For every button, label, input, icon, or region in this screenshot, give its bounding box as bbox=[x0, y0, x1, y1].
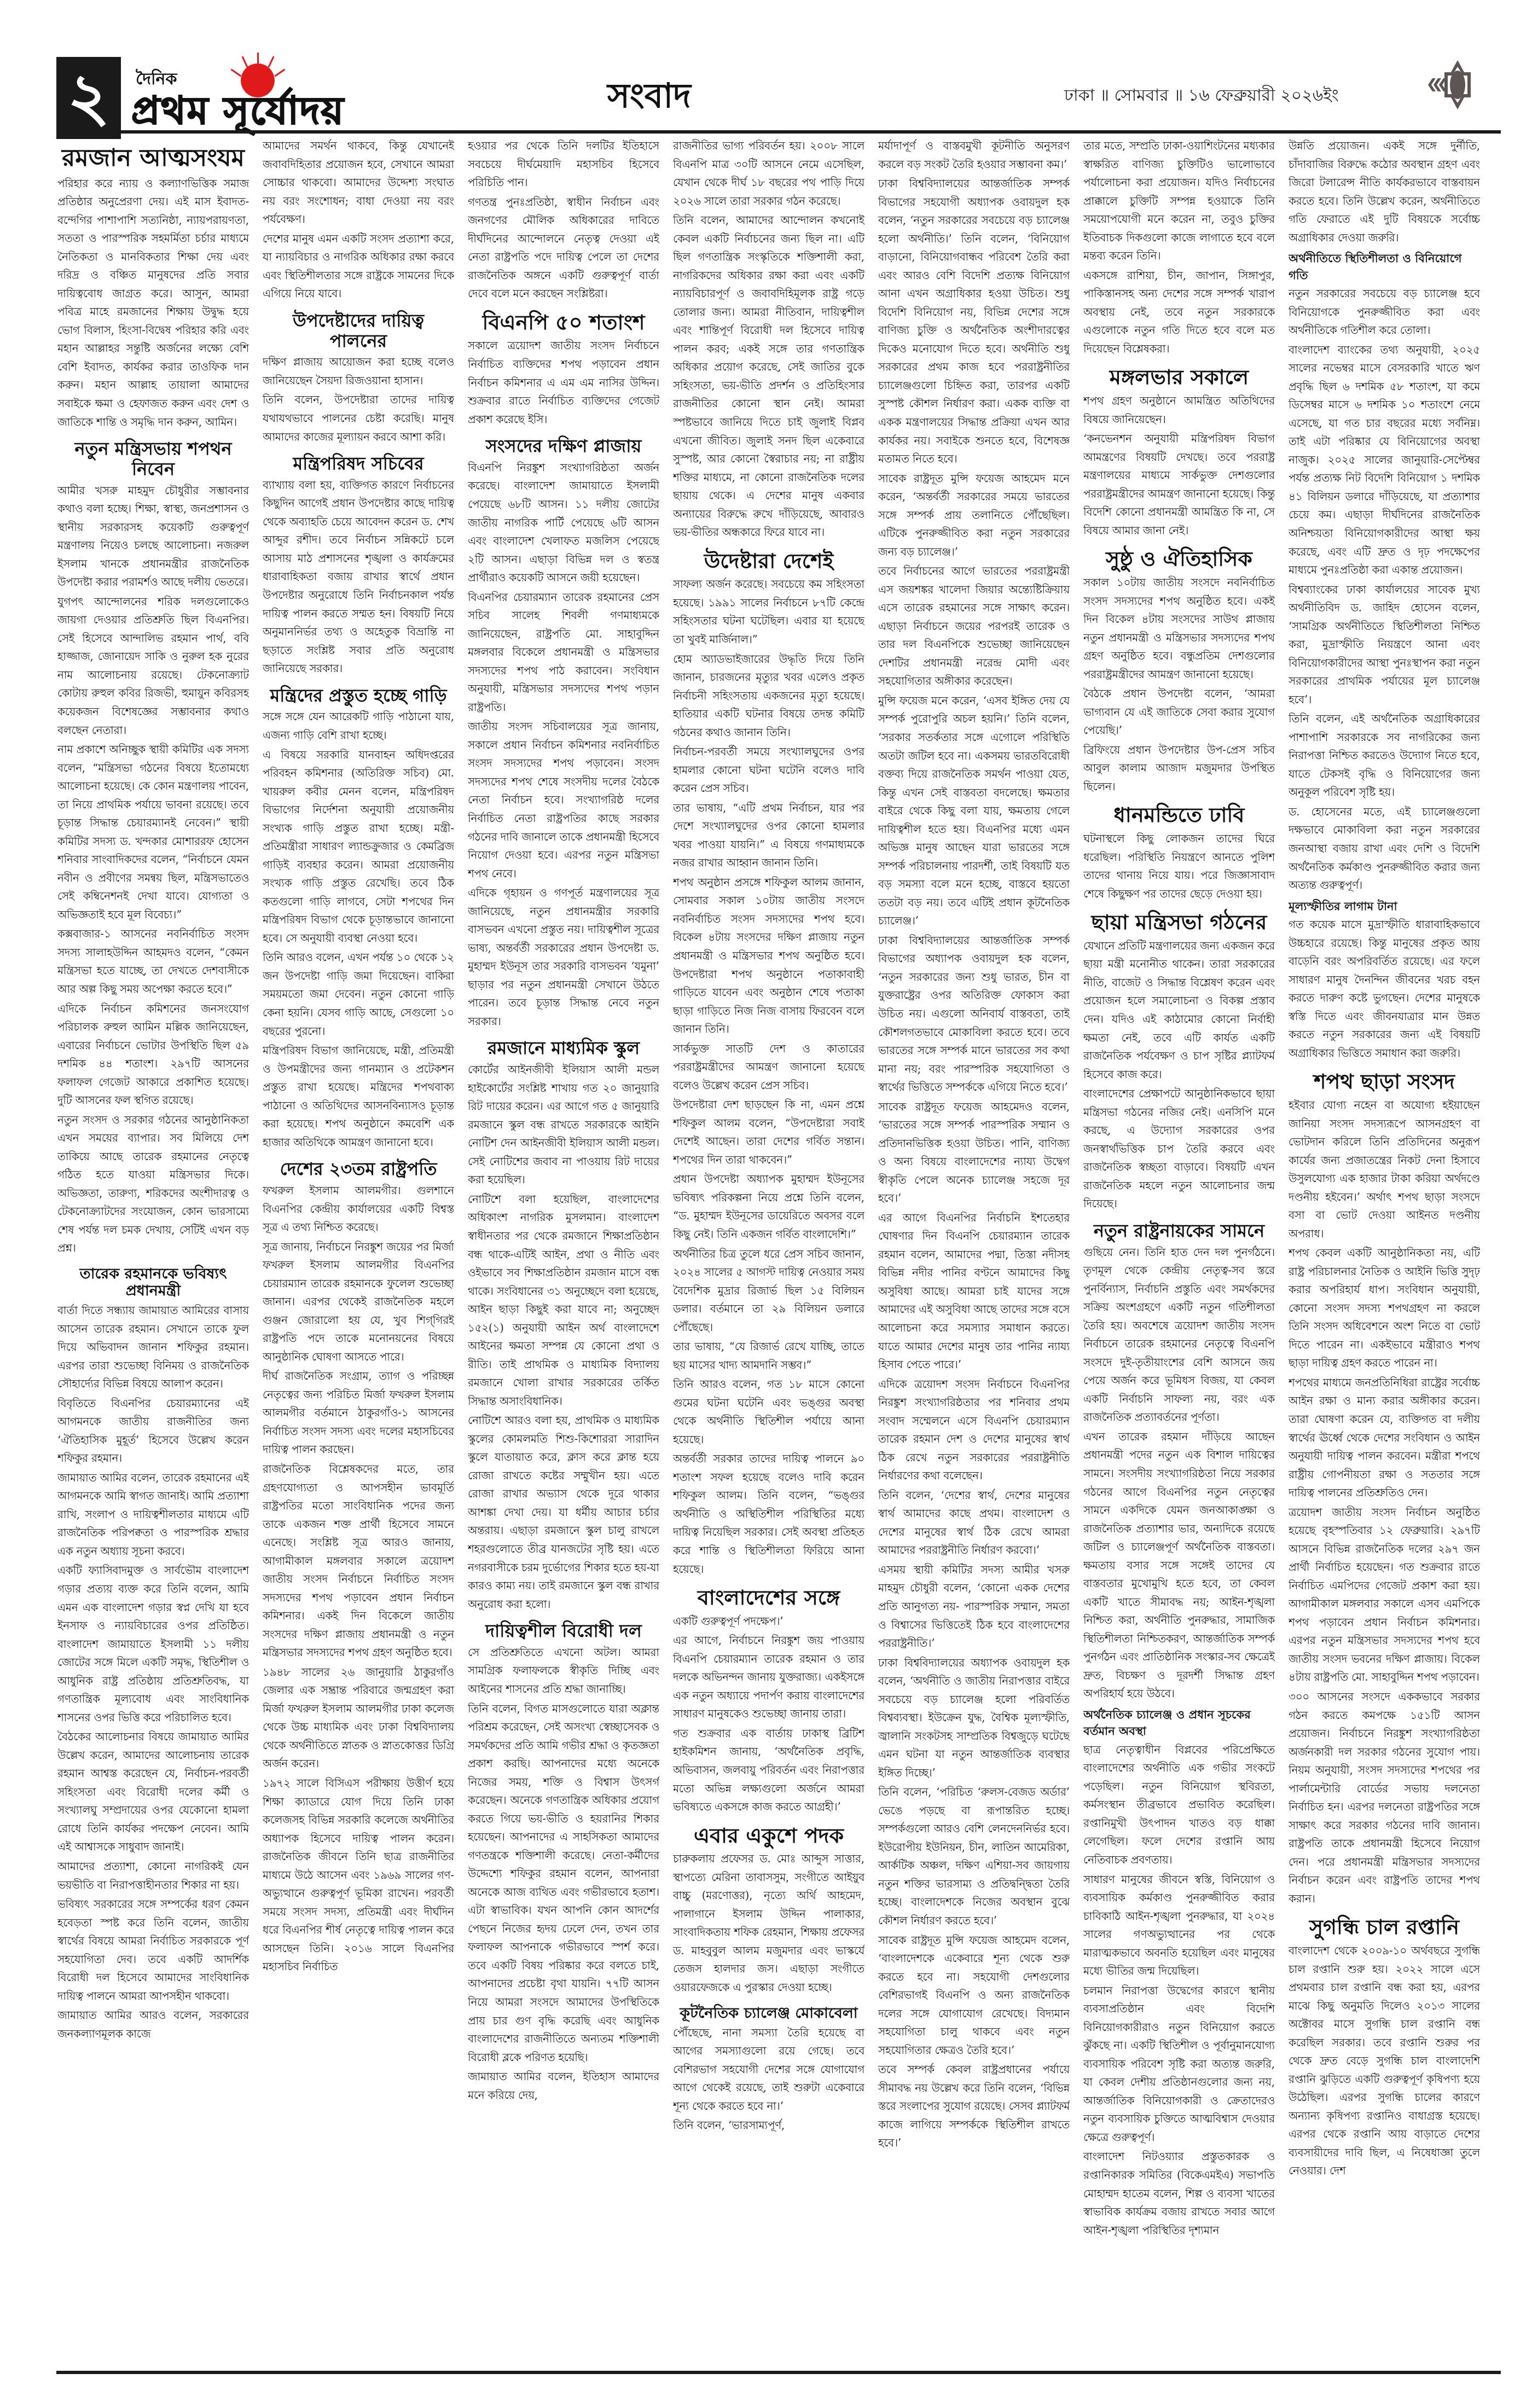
article-headline: রমজান আত্মসংযম bbox=[57, 144, 249, 172]
article-paragraph: নতুন সরকারের সবচেয়ে বড় চ্যালেঞ্জ হবে ব… bbox=[1289, 285, 1480, 340]
article-paragraph: দীর্ঘ রাজনৈতিক সংগ্রাম, ত্যাগ ও পরিচ্ছন্… bbox=[263, 1367, 454, 1459]
article-paragraph: এদিকে ত্রয়োদশ সংসদ নির্বাচনে বিএনপির নি… bbox=[878, 1375, 1070, 1485]
article-headline: নতুন রাষ্ট্রনায়কের সামনে bbox=[1083, 1221, 1275, 1241]
sun-ray bbox=[241, 56, 248, 67]
article-paragraph: তিনি বলেন, ‘ভারসাম্যপূর্ণ, bbox=[673, 2116, 864, 2135]
article-paragraph: রাজনীতির ভাগ্য পরিবর্তন হয়। ২০০৮ সালে ব… bbox=[673, 137, 864, 210]
dateline: ঢাকা ॥ সোমবার ॥ ১৬ ফেব্রুয়ারী ২০২৬ইং bbox=[1064, 82, 1339, 110]
article-paragraph: তিনি বলেন, বিগত মাসগুলোতে যারা অক্লান্ত … bbox=[468, 1700, 659, 2067]
article-headline: উদেষ্টারা দেশেই bbox=[673, 549, 864, 574]
article-paragraph: যুগপৎ আন্দোলনের শরিক দলগুলোকেও জায়গা দে… bbox=[57, 593, 249, 739]
article-paragraph: সূত্র জানায়, নির্বাচনে নিরঙ্কুশ জয়ের প… bbox=[263, 1238, 454, 1367]
news-article: হওয়ার পর থেকে তিনি দলটির ইতিহাসে সবচেয়… bbox=[468, 137, 659, 303]
article-paragraph: সকালে ত্রয়োদশ জাতীয় সংসদ নির্বাচনে নির… bbox=[468, 337, 659, 429]
article-paragraph: উন্নতি প্রয়োজন। একই সঙ্গে দুর্নীতি, চাঁ… bbox=[1289, 137, 1480, 247]
article-paragraph: বাংলাদেশ ব্যাংকের তথ্য অনুযায়ী, ২০২৫ সা… bbox=[1289, 341, 1480, 580]
article-paragraph: একটি গুরুত্বপূর্ণ পদক্ষেপ।’ bbox=[673, 1612, 864, 1631]
news-article: ধানমন্ডিতে ঢাবিঘটনাস্থলে কিছু লোকজন তাদে… bbox=[1083, 803, 1275, 903]
article-paragraph: মন্ত্রিপরিষদ বিভাগ জানিয়েছে, মন্ত্রী, প… bbox=[263, 1041, 454, 1151]
article-paragraph: শপথের মাধ্যমে জনপ্রতিনিধিরা রাষ্ট্রের সর… bbox=[1289, 1374, 1480, 1502]
article-paragraph: ঢাকা বিশ্ববিদ্যালয়ের আন্তর্জাতিক সম্পর্… bbox=[878, 175, 1070, 468]
section-title: সংবাদ bbox=[607, 70, 691, 126]
article-headline: তারেক রহমানকে ভবিষ্যৎ প্রধানমন্ত্রী bbox=[57, 1265, 249, 1299]
article-headline: উপদেষ্টাদের দায়িত্ব পালনের bbox=[263, 311, 454, 351]
article-paragraph: এর আগে, নির্বাচনে নিরঙ্কুশ জয় পাওয়ায় … bbox=[673, 1631, 864, 1723]
news-article: মর্যাদাপূর্ণ ও বাস্তবমুখী কূটনীতি অনুসরণ… bbox=[878, 137, 1070, 2152]
article-paragraph: ড. হোসেনের মতে, এই চ্যালেঞ্জগুলো দক্ষভাব… bbox=[1289, 803, 1480, 895]
article-body: একটি গুরুত্বপূর্ণ পদক্ষেপ।’এর আগে, নির্ব… bbox=[673, 1612, 864, 1816]
news-article: দায়িত্বশীল বিরোধী দলসে প্রতিশ্রুতিতে এখ… bbox=[468, 1621, 659, 2104]
news-article: অর্থনৈতিক চ্যালেঞ্জ ও প্রধান সূচকের বর্ত… bbox=[1083, 1706, 1275, 2239]
news-article: এবার একুশে পদকচারুকলায় প্রফেসর ড. মোঃ আ… bbox=[673, 1824, 864, 1997]
article-paragraph: অন্তর্বর্তী সরকার তাদের দায়িত্ব পালনে ৯… bbox=[673, 1450, 864, 1578]
article-headline: ছায়া মন্ত্রিসভা গঠনের bbox=[1083, 911, 1275, 935]
news-article: আমাদের সমর্থন থাকবে, কিন্তু যেখানেই জবাব… bbox=[263, 137, 454, 303]
article-paragraph: ‘কনভেনশন অনুযায়ী মন্ত্রিপরিষদ বিভাগ আমন… bbox=[1083, 430, 1275, 540]
news-article: মন্ত্রিদের প্রস্তুত হচ্ছে গাড়িসঙ্গে সঙ্… bbox=[263, 686, 454, 1152]
article-paragraph: গুছিয়ে নেন। তিনি হাত দেন দল পুনর্গঠনে। … bbox=[1083, 1243, 1275, 1427]
article-paragraph: দেশের মানুষ এমন একটি সংসদ প্রত্যাশা করে,… bbox=[263, 230, 454, 303]
article-paragraph: আমাদের প্রত্যাশা, কোনো নাগরিকই যেন ভয়ভী… bbox=[57, 1857, 249, 1894]
article-paragraph: তবে নির্বাচনের আগে ভারতের পররাষ্ট্রমন্ত্… bbox=[878, 562, 1070, 691]
article-headline: মন্ত্রিদের প্রস্তুত হচ্ছে গাড়ি bbox=[263, 686, 454, 706]
article-paragraph: তার মতে, সম্প্রতি ঢাকা-ওয়াশিংটনের মধ্যক… bbox=[1083, 137, 1275, 265]
article-paragraph: তিনি আরও বলেন, গত ১৮ মাসে কোনো গুমের ঘটন… bbox=[673, 1375, 864, 1449]
article-headline: মন্ত্রিপরিষদ সচিবের bbox=[263, 454, 454, 474]
article-paragraph: এর আগে বিএনপির নির্বাচনি ইশতেহার ঘোষণার … bbox=[878, 1209, 1070, 1374]
article-paragraph: তার ভাষায়, “এটি প্রথম নির্বাচন, যার পর … bbox=[673, 799, 864, 872]
sun-ray bbox=[231, 68, 242, 77]
article-paragraph: বাংলাদেশ থেকে ২০০৯-১০ অর্থবছরে সুগন্ধি চ… bbox=[1289, 1942, 1480, 2180]
article-paragraph: কোর্টের আইনজীবী ইলিয়াস আলী মন্ডল হাইকোর… bbox=[468, 1061, 659, 1189]
article-paragraph: ৩০০ আসনের সংসদে এককভাবে সরকার গঠন করতে ক… bbox=[1289, 1688, 1480, 1908]
article-body: সে প্রতিশ্রুতিতে এখনো অটল। আমরা সামগ্রিক… bbox=[468, 1643, 659, 2104]
news-article: নতুন মন্ত্রিসভায় শপথন নিবেনআমীর খসরু মা… bbox=[57, 439, 249, 1258]
article-headline: এবার একুশে পদক bbox=[673, 1824, 864, 1848]
article-paragraph: তিনি বলেন, ‘পরিচিত ‘রুলস-বেজড অর্ডার’ ভে… bbox=[878, 1783, 1070, 1930]
article-paragraph: বিএনপি নিরঙ্কুশ সংখ্যাগরিষ্ঠতা অর্জন করে… bbox=[468, 459, 659, 587]
article-paragraph: নাম প্রকাশে অনিচ্ছুক স্থায়ী কমিটির এক স… bbox=[57, 740, 249, 924]
sun-ray bbox=[257, 53, 259, 65]
article-paragraph: দক্ষিণ প্লাজায় আয়োজন করা হচ্ছে বলেও জা… bbox=[263, 353, 454, 390]
article-paragraph: ১৯৪৮ সালের ২৬ জানুয়ারি ঠাকুরগাঁও জেলার … bbox=[263, 1663, 454, 1773]
article-headline: দেশের ২৩তম রাষ্ট্রপতি bbox=[263, 1159, 454, 1179]
article-paragraph: সকাল ১০টায় জাতীয় সংসদে নবনির্বাচিত সংস… bbox=[1083, 574, 1275, 684]
article-paragraph: তবে সম্পর্ক কেবল রাষ্ট্রপ্রধানের পর্যায়… bbox=[878, 2060, 1070, 2152]
article-paragraph: ফখরুল ইসলাম আলমগীর। গুলশানে বিএনপির কেন্… bbox=[263, 1182, 454, 1237]
article-paragraph: আমীর খসরু মাহমুদ চৌধুরীর সম্ভাবনার কথাও … bbox=[57, 482, 249, 592]
article-body: বার্তা দিতে সন্ধ্যায় জামায়াত আমিরের বা… bbox=[57, 1301, 249, 2043]
article-body: সকালে ত্রয়োদশ জাতীয় সংসদ নির্বাচনে নির… bbox=[468, 337, 659, 429]
masthead: ২ দৈনিক প্রথম সূর্যোদয় সংবাদ ঢাকা ॥ সোম… bbox=[0, 0, 1532, 109]
article-paragraph: শপথ অনুষ্ঠান প্রসঙ্গে শফিকুল আলম জানান, … bbox=[673, 873, 864, 1039]
article-headline: কূটনৈতিক চ্যালেঞ্জ মোকাবেলা bbox=[673, 2005, 864, 2022]
article-body: যেখানে প্রতিটি মন্ত্রণালয়ের জন্য একজন ক… bbox=[1083, 937, 1275, 1213]
article-paragraph: নোটিশে আরও বলা হয়, প্রাথমিক ও মাধ্যমিক … bbox=[468, 1411, 659, 1613]
article-paragraph: তিনি বলেন, এই অর্থনৈতিক অগ্রাধিকারের পাশ… bbox=[1289, 710, 1480, 802]
article-paragraph: ব্যাখ্যায় বলা হয়, ব্যক্তিগত কারণে নির্… bbox=[263, 476, 454, 678]
news-article: নতুন রাষ্ট্রনায়কের সামনেগুছিয়ে নেন। তি… bbox=[1083, 1221, 1275, 1703]
article-paragraph: মুন্সি ফয়েজ মনে করেন, ‘এসব ইঙ্গিত দেয় … bbox=[878, 692, 1070, 930]
article-headline: শপথ ছাড়া সংসদ bbox=[1289, 1070, 1480, 1094]
article-paragraph: উপদেষ্টারা দেশ ছাড়ছেন কি না, এমন প্রশ্ন… bbox=[673, 1096, 864, 1169]
article-paragraph: পৌঁছেছে, নানা সমস্যা তৈরি হয়েছে বা আগের… bbox=[673, 2024, 864, 2116]
sun-ray bbox=[275, 68, 286, 77]
article-body: মর্যাদাপূর্ণ ও বাস্তবমুখী কূটনীতি অনুসরণ… bbox=[878, 137, 1070, 2152]
news-article: সুষ্ঠু ও ঐতিহাসিকসকাল ১০টায় জাতীয় সংসদ… bbox=[1083, 547, 1275, 796]
article-body: কোর্টের আইনজীবী ইলিয়াস আলী মন্ডল হাইকোর… bbox=[468, 1061, 659, 1613]
article-paragraph: মর্যাদাপূর্ণ ও বাস্তবমুখী কূটনীতি অনুসরণ… bbox=[878, 137, 1070, 173]
article-body: নতুন সরকারের সবচেয়ে বড় চ্যালেঞ্জ হবে ব… bbox=[1289, 285, 1480, 895]
sun-ray bbox=[268, 56, 274, 67]
article-paragraph: এদিকে গৃহায়ন ও গণপূর্ত মন্ত্রণালয়ের সূ… bbox=[468, 884, 659, 1031]
article-paragraph: তিনি বলেন, আমাদের আন্দোলন কখনোই কেবল একট… bbox=[673, 211, 864, 542]
article-body: সাফল্য অর্জন করেছে। সবচেয়ে কম সহিংসতা হ… bbox=[673, 575, 864, 1578]
article-paragraph: একটি ফ্যাসিবাদমুক্ত ও সার্বভৌম বাংলাদেশ … bbox=[57, 1561, 249, 1727]
page-number: ২ bbox=[56, 57, 121, 139]
news-article: বিএনপি ৫০ শতাংশসকালে ত্রয়োদশ জাতীয় সংস… bbox=[468, 311, 659, 429]
article-paragraph: এখন তারেক রহমান দাঁড়িয়ে আছেন প্রধানমন্… bbox=[1083, 1428, 1275, 1703]
header-rule bbox=[56, 130, 1501, 134]
article-paragraph: চলমান নিরাপত্তা উদ্বেগের কারণে স্থানীয় … bbox=[1083, 1982, 1275, 2147]
article-paragraph: তিনি আরও বলেন, এখন পর্যন্ত ১০ থেকে ১২ জন… bbox=[263, 948, 454, 1040]
news-article: তার মতে, সম্প্রতি ঢাকা-ওয়াশিংটনের মধ্যক… bbox=[1083, 137, 1275, 358]
article-paragraph: সঙ্গে সঙ্গে যেন আরেকটি গাড়ি পাঠানো যায়… bbox=[263, 708, 454, 744]
news-article: দেশের ২৩তম রাষ্ট্রপতিফখরুল ইসলাম আলমগীর।… bbox=[263, 1159, 454, 1976]
article-paragraph: ঢাকা বিশ্ববিদ্যালয়ের অধ্যাপক ওবায়দুল হ… bbox=[878, 1654, 1070, 1782]
newspaper-logo: দৈনিক প্রথম সূর্যোদয় bbox=[131, 59, 427, 141]
article-body: হইবার যোগ্য নহেন বা অযোগ্য হইয়াছেন জানি… bbox=[1289, 1096, 1480, 1908]
article-paragraph: এ বিষয়ে সরকারি যানবাহন অধিদপ্তরের পরিবহ… bbox=[263, 746, 454, 948]
article-paragraph: জামায়াত আমির আরও বলেন, সরকারের জনকল্যাণ… bbox=[57, 2006, 249, 2043]
article-body: উন্নতি প্রয়োজন। একই সঙ্গে দুর্নীতি, চাঁ… bbox=[1289, 137, 1480, 247]
article-body: বাংলাদেশ থেকে ২০০৯-১০ অর্থবছরে সুগন্ধি চ… bbox=[1289, 1942, 1480, 2180]
brand-name: প্রথম সূর্যোদয় bbox=[131, 81, 345, 145]
article-paragraph: তার ভাষায়, “যে রিজার্ভ রেখে যাচ্ছি, তাত… bbox=[673, 1338, 864, 1374]
article-paragraph: ত্রয়োদশ জাতীয় সংসদ নির্বাচন অনুষ্ঠিত হ… bbox=[1289, 1503, 1480, 1687]
news-article: সংসদের দক্ষিণ প্লাজায়বিএনপি নিরঙ্কুশ সং… bbox=[468, 436, 659, 1031]
article-headline: মঙ্গলভার সকালে bbox=[1083, 366, 1275, 390]
article-headline: রমজানে মাধ্যমিক স্কুল bbox=[468, 1038, 659, 1058]
news-article: মন্ত্রিপরিষদ সচিবেরব্যাখ্যায় বলা হয়, ব… bbox=[263, 454, 454, 678]
news-article: উন্নতি প্রয়োজন। একই সঙ্গে দুর্নীতি, চাঁ… bbox=[1289, 137, 1480, 247]
article-subheading: অর্থনীতিতে স্থিতিশীলতা ও বিনিয়োগে গতি bbox=[1289, 250, 1480, 283]
article-paragraph: ঘটনাস্থলে কিছু লোকজন তাদের ঘিরে ধরেছিল। … bbox=[1083, 830, 1275, 903]
article-paragraph: সাধারণ মানুষের জীবনে স্বস্তি, বিনিয়োগ ও… bbox=[1083, 1871, 1275, 1981]
article-headline: সুগন্ধি চাল রপ্তানি bbox=[1289, 1915, 1480, 1940]
article-headline: নতুন মন্ত্রিসভায় শপথন নিবেন bbox=[57, 439, 249, 479]
news-article: তারেক রহমানকে ভবিষ্যৎ প্রধানমন্ত্রীবার্ত… bbox=[57, 1265, 249, 2043]
article-body: আমাদের সমর্থন থাকবে, কিন্তু যেখানেই জবাব… bbox=[263, 137, 454, 303]
article-paragraph: রাজনৈতিক বিশ্লেষকদের মতে, তার গ্রহণযোগ্য… bbox=[263, 1460, 454, 1662]
news-article: মূল্যস্ফীতির লাগাম টানাগত কয়েক মাসে মুদ… bbox=[1289, 898, 1480, 1063]
article-paragraph: তিনি বলেন, উপদেষ্টারা তাদের দায়িত্ব যথা… bbox=[263, 391, 454, 446]
news-article: উদেষ্টারা দেশেইসাফল্য অর্জন করেছে। সবচেয… bbox=[673, 549, 864, 1578]
article-body: সঙ্গে সঙ্গে যেন আরেকটি গাড়ি পাঠানো যায়… bbox=[263, 708, 454, 1151]
article-body: শপথ গ্রহণ অনুষ্ঠানে আমন্ত্রিত অতিথিদের ব… bbox=[1083, 392, 1275, 540]
article-headline: সংসদের দক্ষিণ প্লাজায় bbox=[468, 436, 659, 456]
article-paragraph: নির্বাচন-পরবর্তী সময়ে সংখ্যালঘুদের ওপর … bbox=[673, 743, 864, 798]
article-headline: বিএনপি ৫০ শতাংশ bbox=[468, 311, 659, 335]
column-4: রাজনীতির ভাগ্য পরিবর্তন হয়। ২০০৮ সালে ব… bbox=[673, 137, 864, 2367]
article-paragraph: সাবেক রাষ্ট্রদূত মুন্সি ফয়েজ আহমেদ বলেন… bbox=[878, 1931, 1070, 2060]
news-article: উপদেষ্টাদের দায়িত্ব পালনেরদক্ষিণ প্লাজা… bbox=[263, 311, 454, 446]
article-body: ঘটনাস্থলে কিছু লোকজন তাদের ঘিরে ধরেছিল। … bbox=[1083, 830, 1275, 903]
news-article: রমজানে মাধ্যমিক স্কুলকোর্টের আইনজীবী ইলি… bbox=[468, 1038, 659, 1613]
article-paragraph: সাফল্য অর্জন করেছে। সবচেয়ে কম সহিংসতা হ… bbox=[673, 575, 864, 649]
article-subheading: মূল্যস্ফীতির লাগাম টানা bbox=[1289, 898, 1480, 914]
article-body: পরিহার করে ন্যায় ও কল্যাণভিত্তিক সমাজ প… bbox=[57, 175, 249, 431]
article-paragraph: জামায়াত আমির বলেন, ইতিহাস আমাদের মনে কর… bbox=[468, 2068, 659, 2104]
article-paragraph: তিনি বলেন, ‘দেশের স্বার্থ, দেশের মানুষের… bbox=[878, 1486, 1070, 1560]
article-body: হওয়ার পর থেকে তিনি দলটির ইতিহাসে সবচেয়… bbox=[468, 137, 659, 303]
news-article: ছায়া মন্ত্রিসভা গঠনেরযেখানে প্রতিটি মন্… bbox=[1083, 911, 1275, 1213]
article-paragraph: জাতীয় সংসদ সচিবালয়ের সূত্র জানায়, সকা… bbox=[468, 717, 659, 883]
article-paragraph: এদিকে নির্বাচন কমিশনের জনসংযোগ পরিচালক র… bbox=[57, 1000, 249, 1110]
article-paragraph: সাবেক রাষ্ট্রদূত ফয়েজ আহমেদও বলেন, ‘ভার… bbox=[878, 1098, 1070, 1208]
article-paragraph: বিএনপির চেয়ারম্যান তারেক রহমানের প্রেস … bbox=[468, 588, 659, 717]
article-paragraph: ছাত্র নেতৃত্বাধীন বিপ্লবের পরিপ্রেক্ষিতে… bbox=[1083, 1741, 1275, 1869]
article-body: ছাত্র নেতৃত্বাধীন বিপ্লবের পরিপ্রেক্ষিতে… bbox=[1083, 1741, 1275, 2239]
article-paragraph: ঢাকা বিশ্ববিদ্যালয়ের আন্তর্জাতিক সম্পর্… bbox=[878, 931, 1070, 1097]
article-paragraph: সাবেক রাষ্ট্রদূত মুন্সি ফয়েজ আহমেদ মনে … bbox=[878, 470, 1070, 562]
news-article: শপথ ছাড়া সংসদহইবার যোগ্য নহেন বা অযোগ্য… bbox=[1289, 1070, 1480, 1908]
article-paragraph: যেখানে প্রতিটি মন্ত্রণালয়ের জন্য একজন ক… bbox=[1083, 937, 1275, 1084]
column-5: মর্যাদাপূর্ণ ও বাস্তবমুখী কূটনীতি অনুসরণ… bbox=[878, 137, 1070, 2367]
article-paragraph: হওয়ার পর থেকে তিনি দলটির ইতিহাসে সবচেয়… bbox=[468, 137, 659, 192]
column-1: রমজান আত্মসংযমপরিহার করে ন্যায় ও কল্যাণ… bbox=[57, 137, 249, 2367]
article-paragraph: কক্সবাজার-১ আসনের নবনির্বাচিত সংসদ সদস্য… bbox=[57, 925, 249, 998]
news-article: সুগন্ধি চাল রপ্তানিবাংলাদেশ থেকে ২০০৯-১০… bbox=[1289, 1915, 1480, 2180]
article-paragraph: প্রধান উপদেষ্টা অধ্যাপক মুহাম্মদ ইউনূসের… bbox=[673, 1170, 864, 1243]
news-article: অর্থনীতিতে স্থিতিশীলতা ও বিনিয়োগে গতিনত… bbox=[1289, 250, 1480, 894]
article-body: চারুকলায় প্রফেসর ড. মোঃ আব্দুস সাত্তার,… bbox=[673, 1850, 864, 1996]
article-paragraph: নোটিশে বলা হয়েছিল, বাংলাদেশের অধিকাংশ ন… bbox=[468, 1190, 659, 1410]
article-paragraph: শপথ গ্রহণ অনুষ্ঠানে আমন্ত্রিত অতিথিদের ব… bbox=[1083, 392, 1275, 429]
article-paragraph: বিশ্বব্যাংকের ঢাকা কার্যালয়ের সাবেক মুখ… bbox=[1289, 581, 1480, 709]
footer-rule bbox=[56, 2371, 1501, 2374]
article-paragraph: বিবৃতিতে বিএনপির চেয়ারম্যানের এই আগমনকে… bbox=[57, 1394, 249, 1468]
article-body: তার মতে, সম্প্রতি ঢাকা-ওয়াশিংটনের মধ্যক… bbox=[1083, 137, 1275, 358]
article-paragraph: বাংলাদেশ নিটওয়্যার প্রস্তুতকারক ও রপ্তা… bbox=[1083, 2147, 1275, 2239]
article-body: পৌঁছেছে, নানা সমস্যা তৈরি হয়েছে বা আগের… bbox=[673, 2024, 864, 2135]
column-3: হওয়ার পর থেকে তিনি দলটির ইতিহাসে সবচেয়… bbox=[468, 137, 659, 2367]
article-paragraph: ১৯৭২ সালে বিসিএস পরীক্ষায় উত্তীর্ণ হয়ে… bbox=[263, 1774, 454, 1976]
article-paragraph: সে প্রতিশ্রুতিতে এখনো অটল। আমরা সামগ্রিক… bbox=[468, 1643, 659, 1699]
news-article: বাংলাদেশের সঙ্গেএকটি গুরুত্বপূর্ণ পদক্ষে… bbox=[673, 1586, 864, 1816]
article-paragraph: বার্তা দিতে সন্ধ্যায় জামায়াত আমিরের বা… bbox=[57, 1301, 249, 1393]
article-paragraph: বৈঠকের আলোচনার বিষয়ে জামায়াত আমির উল্ল… bbox=[57, 1728, 249, 1856]
article-body: আমীর খসরু মাহমুদ চৌধুরীর সম্ভাবনার কথাও … bbox=[57, 482, 249, 1258]
article-paragraph: ভবিষ্যৎ সরকারের সঙ্গে সম্পর্কের ধরণ কেমন… bbox=[57, 1895, 249, 2005]
column-7: উন্নতি প্রয়োজন। একই সঙ্গে দুর্নীতি, চাঁ… bbox=[1289, 137, 1480, 2367]
news-article: কূটনৈতিক চ্যালেঞ্জ মোকাবেলাপৌঁছেছে, নানা… bbox=[673, 2005, 864, 2135]
article-body: গুছিয়ে নেন। তিনি হাত দেন দল পুনর্গঠনে। … bbox=[1083, 1243, 1275, 1703]
news-article: মঙ্গলভার সকালেশপথ গ্রহণ অনুষ্ঠানে আমন্ত্… bbox=[1083, 366, 1275, 540]
article-body: বিএনপি নিরঙ্কুশ সংখ্যাগরিষ্ঠতা অর্জন করে… bbox=[468, 459, 659, 1031]
article-body: দক্ষিণ প্লাজায় আয়োজন করা হচ্ছে বলেও জা… bbox=[263, 353, 454, 446]
article-subheading: অর্থনৈতিক চ্যালেঞ্জ ও প্রধান সূচকের বর্ত… bbox=[1083, 1706, 1275, 1740]
article-paragraph: গত কয়েক মাসে মুদ্রাস্ফীতি ধারাবাহিকভাবে… bbox=[1289, 916, 1480, 1062]
article-paragraph: সার্কভুক্ত সাতটি দেশ ও কাতারের পররাষ্ট্র… bbox=[673, 1040, 864, 1095]
article-paragraph: জামায়াত আমির বলেন, তারেক রহমানের এই আগম… bbox=[57, 1469, 249, 1561]
article-paragraph: গত শুক্রবার এক বার্তায় ঢাকাস্থ ব্রিটিশ … bbox=[673, 1724, 864, 1816]
news-article: রমজান আত্মসংযমপরিহার করে ন্যায় ও কল্যাণ… bbox=[57, 144, 249, 431]
article-paragraph: নতুন সংসদ ও সরকার গঠনের আনুষ্ঠানিকতা এখন… bbox=[57, 1111, 249, 1258]
article-paragraph: বৈঠকে প্রধান উপদেষ্টা বলেন, ‘আমরা ভাগ্যব… bbox=[1083, 685, 1275, 740]
article-paragraph: হোম অ্যাডভাইজারের উদ্ধৃতি দিয়ে তিনি জান… bbox=[673, 650, 864, 742]
article-headline: দায়িত্বশীল বিরোধী দল bbox=[468, 1621, 659, 1641]
article-paragraph: এসময় স্থায়ী কমিটির সদস্য আমীর খসরু মাহ… bbox=[878, 1561, 1070, 1653]
article-headline: সুষ্ঠু ও ঐতিহাসিক bbox=[1083, 547, 1275, 571]
article-paragraph: অর্থনীতির চিত্র তুলে ধরে প্রেস সচিব জানা… bbox=[673, 1245, 864, 1337]
article-paragraph: হইবার যোগ্য নহেন বা অযোগ্য হইয়াছেন জানি… bbox=[1289, 1096, 1480, 1243]
article-paragraph: একসঙ্গে রাশিয়া, চীন, জাপান, সিঙ্গাপুর, … bbox=[1083, 267, 1275, 358]
article-body: গত কয়েক মাসে মুদ্রাস্ফীতি ধারাবাহিকভাবে… bbox=[1289, 916, 1480, 1062]
article-body: ফখরুল ইসলাম আলমগীর। গুলশানে বিএনপির কেন্… bbox=[263, 1182, 454, 1976]
column-6: তার মতে, সম্প্রতি ঢাকা-ওয়াশিংটনের মধ্যক… bbox=[1083, 137, 1275, 2367]
article-paragraph: শপথ কেবল একটি আনুষ্ঠানিকতা নয়, এটি রাষ্… bbox=[1289, 1244, 1480, 1373]
column-2: আমাদের সমর্থন থাকবে, কিন্তু যেখানেই জবাব… bbox=[263, 137, 454, 2367]
article-headline: বাংলাদেশের সঙ্গে bbox=[673, 1586, 864, 1610]
article-paragraph: বাংলাদেশের প্রেক্ষাপটে আনুষ্ঠানিকভাবে ছা… bbox=[1083, 1085, 1275, 1213]
news-article: রাজনীতির ভাগ্য পরিবর্তন হয়। ২০০৮ সালে ব… bbox=[673, 137, 864, 542]
article-paragraph: ব্রিফিংয়ে প্রধান উপদেষ্টার উপ-প্রেস সচি… bbox=[1083, 741, 1275, 796]
article-paragraph: আমাদের সমর্থন থাকবে, কিন্তু যেখানেই জবাব… bbox=[263, 137, 454, 229]
article-paragraph: চারুকলায় প্রফেসর ড. মোঃ আব্দুস সাত্তার,… bbox=[673, 1850, 864, 1996]
article-body: রাজনীতির ভাগ্য পরিবর্তন হয়। ২০০৮ সালে ব… bbox=[673, 137, 864, 542]
article-body: ব্যাখ্যায় বলা হয়, ব্যক্তিগত কারণে নির্… bbox=[263, 476, 454, 678]
article-body: সকাল ১০টায় জাতীয় সংসদে নবনির্বাচিত সংস… bbox=[1083, 574, 1275, 796]
article-paragraph: গণতন্ত্র পুনঃপ্রতিষ্ঠা, স্বাধীন নির্বাচন… bbox=[468, 193, 659, 303]
article-paragraph: পরিহার করে ন্যায় ও কল্যাণভিত্তিক সমাজ প… bbox=[57, 175, 249, 431]
star-ornament-icon bbox=[1428, 60, 1466, 109]
article-headline: ধানমন্ডিতে ঢাবি bbox=[1083, 803, 1275, 827]
